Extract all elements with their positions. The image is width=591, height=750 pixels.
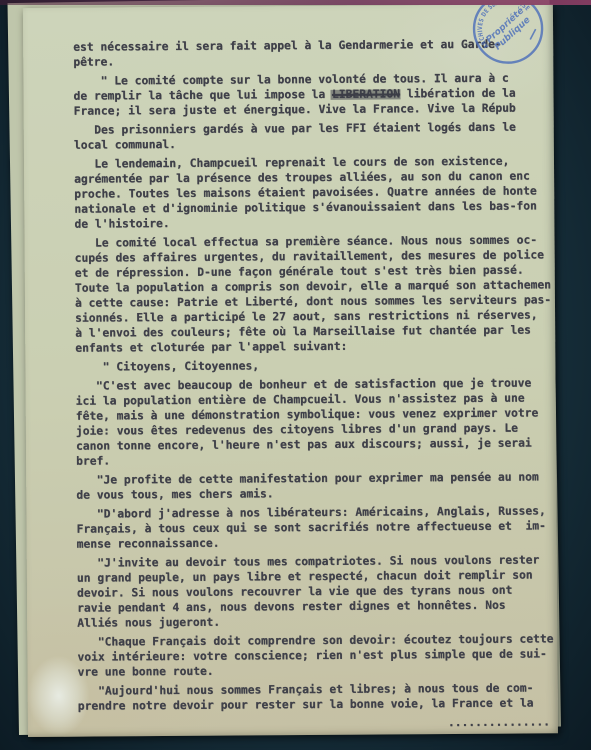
paragraph: Des prisonniers gardés à vue par les FFI…	[74, 119, 554, 152]
paragraph: Le lendemain, Champcueil reprenait le co…	[74, 153, 555, 231]
document-page: est nécessaire il sera fait appel à la G…	[23, 4, 558, 737]
struck-word: LIBERATION	[332, 87, 400, 100]
text-line: mense reconnaissance.	[77, 533, 557, 551]
paragraph: Le comité local effectua sa première séa…	[75, 232, 556, 355]
text-line: de l'histoire.	[74, 213, 554, 231]
text-line: " Citoyens, Citoyennes,	[75, 356, 555, 374]
stamp-dash	[528, 29, 539, 39]
text-line: Alliés nous jugeront.	[77, 612, 557, 630]
paragraph: "J'invite au devoir tous mes compatriote…	[77, 552, 558, 630]
document-body: est nécessaire il sera fait appel à la G…	[73, 36, 558, 736]
paragraph: "Je profite de cette manifestation pour …	[76, 469, 556, 502]
paragraph: " Citoyens, Citoyennes,	[75, 356, 555, 374]
paragraph: "Aujourd'hui nous sommes Français et lib…	[78, 680, 558, 713]
text-segment: de remplir la tâche que lui impose la	[73, 88, 332, 103]
text-line: ...............	[78, 714, 550, 732]
text-line: local communal.	[74, 134, 554, 152]
scanned-document-view: est nécessaire il sera fait appel à la G…	[0, 0, 591, 750]
paragraph: ...............	[78, 714, 558, 732]
paragraph: "Chaque Français doit comprendre son dev…	[77, 631, 557, 679]
text-line: France; il sera juste et énergique. Vive…	[74, 100, 554, 118]
paragraph: "D'abord j'adresse à nos libérateurs: Am…	[76, 503, 556, 551]
text-line: de vous tous, mes chers amis.	[76, 484, 556, 502]
text-line: enfants et cloturée par l'appel suivant:	[75, 337, 555, 355]
text-line: vre une bonne route.	[77, 661, 557, 679]
paragraph: "C'est avec beaucoup de bonheur et de sa…	[75, 375, 556, 468]
text-line: prendre notre devoir pour rester sur la …	[78, 695, 558, 713]
